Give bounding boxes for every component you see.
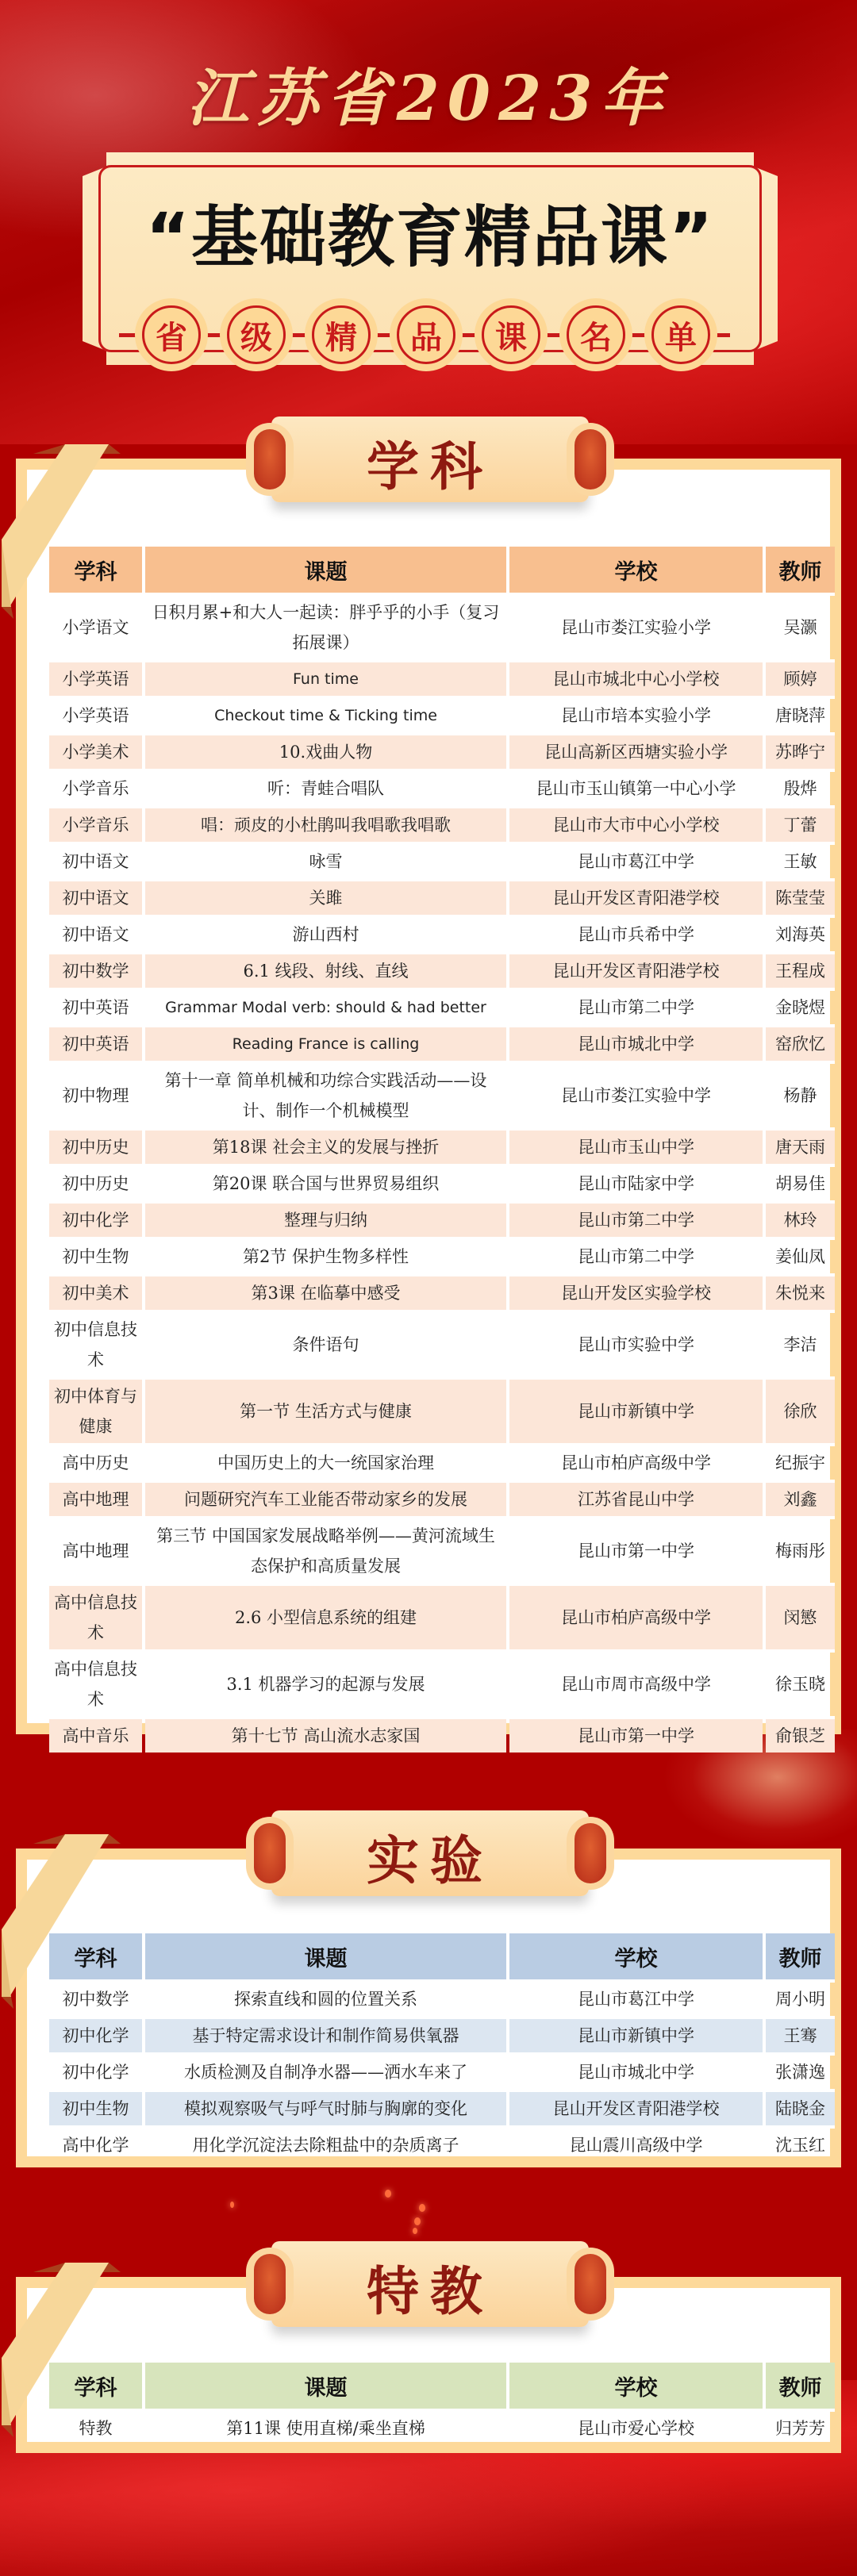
table-row: 初中语文咏雪昆山市葛江中学王敏 xyxy=(49,842,835,878)
cell-teacher: 纪振宇 xyxy=(766,1443,835,1480)
cell-teacher: 徐欣 xyxy=(766,1376,835,1443)
cell-topic: 听：青蛙合唱队 xyxy=(145,769,506,805)
table-header-row: 学科 课题 学校 教师 xyxy=(49,547,835,593)
section-title: 特教 xyxy=(271,2249,589,2325)
cell-teacher: 苏晔宁 xyxy=(766,732,835,769)
cell-topic: 3.1 机器学习的起源与发展 xyxy=(145,1649,506,1716)
experiment-table: 学科 课题 学校 教师 初中数学探索直线和圆的位置关系昆山市葛江中学周小明初中化… xyxy=(46,1933,838,2162)
cell-topic: 日积月累+和大人一起读：胖乎乎的小手（复习拓展课） xyxy=(145,593,506,659)
main-title: “基础教育精品课” xyxy=(83,184,778,280)
cell-school: 昆山市实验中学 xyxy=(509,1310,763,1376)
cell-school: 昆山市爱心学校 xyxy=(509,2409,763,2445)
year-title: 江苏省2023年 xyxy=(0,49,857,138)
cell-teacher: 朱悦来 xyxy=(766,1273,835,1310)
table-row: 初中语文游山西村昆山市兵希中学刘海英 xyxy=(49,915,835,951)
subtitle-badge: 级 xyxy=(220,298,293,371)
cell-school: 昆山市新镇中学 xyxy=(509,1376,763,1443)
cell-teacher: 殷烨 xyxy=(766,769,835,805)
subtitle-badge: 精 xyxy=(305,298,378,371)
cell-topic: 第十一章 简单机械和功综合实践活动——设计、制作一个机械模型 xyxy=(145,1061,506,1127)
badge-char: 省 xyxy=(142,305,201,364)
section-badge-special: 特教 xyxy=(238,2241,622,2333)
section-title: 学科 xyxy=(271,424,589,500)
cell-school: 昆山市第一中学 xyxy=(509,1716,763,1753)
cell-topic: 唱：顽皮的小杜鹃叫我唱歌我唱歌 xyxy=(145,805,506,842)
cell-topic: 第20课 联合国与世界贸易组织 xyxy=(145,1164,506,1200)
cell-topic: 第十七节 高山流水志家国 xyxy=(145,1716,506,1753)
cell-teacher: 刘鑫 xyxy=(766,1480,835,1516)
table-row: 初中历史第18课 社会主义的发展与挫折昆山市玉山中学唐天雨 xyxy=(49,1127,835,1164)
cell-teacher: 王敏 xyxy=(766,842,835,878)
subtitle-badge: 名 xyxy=(559,298,632,371)
cell-school: 昆山市第二中学 xyxy=(509,1200,763,1237)
table-row: 小学美术10.戏曲人物昆山高新区西塘实验小学苏晔宁 xyxy=(49,732,835,769)
spark-decoration xyxy=(413,2228,417,2234)
cell-topic: 咏雪 xyxy=(145,842,506,878)
cell-school: 昆山市培本实验小学 xyxy=(509,696,763,732)
column-header-teacher: 教师 xyxy=(766,547,835,593)
cell-topic: 中国历史上的大一统国家治理 xyxy=(145,1443,506,1480)
cell-subject: 高中化学 xyxy=(49,2125,142,2162)
table-row: 特教第11课 使用直梯/乘坐直梯昆山市爱心学校归芳芳 xyxy=(49,2409,835,2445)
table-row: 初中生物第2节 保护生物多样性昆山市第二中学姜仙凤 xyxy=(49,1237,835,1273)
cell-topic: 第18课 社会主义的发展与挫折 xyxy=(145,1127,506,1164)
cell-school: 昆山市葛江中学 xyxy=(509,842,763,878)
cell-topic: 整理与归纳 xyxy=(145,1200,506,1237)
cell-subject: 高中历史 xyxy=(49,1443,142,1480)
cell-school: 昆山市第一中学 xyxy=(509,1516,763,1583)
cell-school: 昆山市城北中学 xyxy=(509,2052,763,2089)
cell-subject: 小学美术 xyxy=(49,732,142,769)
badge-char: 品 xyxy=(397,305,455,364)
cell-teacher: 胡易佳 xyxy=(766,1164,835,1200)
cell-school: 昆山市第二中学 xyxy=(509,1237,763,1273)
cell-subject: 初中美术 xyxy=(49,1273,142,1310)
table-row: 初中化学水质检测及自制净水器——洒水车来了昆山市城北中学张潇逸 xyxy=(49,2052,835,2089)
column-header-teacher: 教师 xyxy=(766,2363,835,2409)
subject-table: 学科 课题 学校 教师 小学语文日积月累+和大人一起读：胖乎乎的小手（复习拓展课… xyxy=(46,547,838,1753)
table-row: 初中生物模拟观察吸气与呼气时肺与胸廓的变化昆山开发区青阳港学校陆晓金 xyxy=(49,2089,835,2125)
cell-teacher: 王骞 xyxy=(766,2016,835,2052)
cell-teacher: 刘海英 xyxy=(766,915,835,951)
cell-subject: 初中生物 xyxy=(49,1237,142,1273)
column-header-teacher: 教师 xyxy=(766,1933,835,1979)
table-row: 小学英语Checkout time & Ticking time昆山市培本实验小… xyxy=(49,696,835,732)
cell-topic: Checkout time & Ticking time xyxy=(145,696,506,732)
column-header-school: 学校 xyxy=(509,2363,763,2409)
subtitle-badge: 课 xyxy=(475,298,548,371)
cell-subject: 初中物理 xyxy=(49,1061,142,1127)
cell-school: 昆山开发区青阳港学校 xyxy=(509,878,763,915)
cell-subject: 初中语文 xyxy=(49,842,142,878)
cell-teacher: 唐天雨 xyxy=(766,1127,835,1164)
cell-teacher: 张潇逸 xyxy=(766,2052,835,2089)
cell-topic: 游山西村 xyxy=(145,915,506,951)
cell-teacher: 陆晓金 xyxy=(766,2089,835,2125)
cell-teacher: 顾婷 xyxy=(766,659,835,696)
cell-school: 昆山震川高级中学 xyxy=(509,2125,763,2162)
column-header-school: 学校 xyxy=(509,547,763,593)
table-row: 初中英语Grammar Modal verb: should & had bet… xyxy=(49,988,835,1024)
cell-teacher: 吴灏 xyxy=(766,593,835,659)
table-row: 小学音乐唱：顽皮的小杜鹃叫我唱歌我唱歌昆山市大市中心小学校丁蕾 xyxy=(49,805,835,842)
section-title: 实验 xyxy=(271,1818,589,1894)
cell-school: 昆山开发区青阳港学校 xyxy=(509,951,763,988)
cell-teacher: 林玲 xyxy=(766,1200,835,1237)
cell-teacher: 唐晓萍 xyxy=(766,696,835,732)
section-badge-experiment: 实验 xyxy=(238,1810,622,1902)
cell-topic: 2.6 小型信息系统的组建 xyxy=(145,1583,506,1649)
cell-topic: 模拟观察吸气与呼气时肺与胸廓的变化 xyxy=(145,2089,506,2125)
cell-teacher: 俞银芝 xyxy=(766,1716,835,1753)
cell-topic: 10.戏曲人物 xyxy=(145,732,506,769)
table-row: 初中语文关雎昆山开发区青阳港学校陈莹莹 xyxy=(49,878,835,915)
table-row: 初中美术第3课 在临摹中感受昆山开发区实验学校朱悦来 xyxy=(49,1273,835,1310)
table-row: 小学语文日积月累+和大人一起读：胖乎乎的小手（复习拓展课）昆山市娄江实验小学吴灏 xyxy=(49,593,835,659)
corner-ribbon xyxy=(2,2263,121,2453)
cell-school: 昆山市玉山中学 xyxy=(509,1127,763,1164)
cell-school: 昆山市葛江中学 xyxy=(509,1979,763,2016)
badge-char: 名 xyxy=(567,305,625,364)
cell-subject: 高中地理 xyxy=(49,1480,142,1516)
column-header-topic: 课题 xyxy=(145,547,506,593)
cell-teacher: 丁蕾 xyxy=(766,805,835,842)
cell-subject: 初中数学 xyxy=(49,951,142,988)
cell-school: 昆山市柏庐高级中学 xyxy=(509,1583,763,1649)
cell-teacher: 沈玉红 xyxy=(766,2125,835,2162)
cell-topic: 探索直线和圆的位置关系 xyxy=(145,1979,506,2016)
corner-ribbon xyxy=(2,444,121,635)
cell-school: 昆山市城北中学 xyxy=(509,1024,763,1061)
cell-subject: 初中生物 xyxy=(49,2089,142,2125)
cell-teacher: 金晓煜 xyxy=(766,988,835,1024)
cell-teacher: 归芳芳 xyxy=(766,2409,835,2445)
table-row: 初中数学探索直线和圆的位置关系昆山市葛江中学周小明 xyxy=(49,1979,835,2016)
subtitle-badge: 单 xyxy=(644,298,717,371)
badge-char: 课 xyxy=(482,305,540,364)
cell-school: 昆山市兵希中学 xyxy=(509,915,763,951)
cell-school: 昆山市第二中学 xyxy=(509,988,763,1024)
cell-teacher: 梅雨彤 xyxy=(766,1516,835,1583)
table-row: 初中物理第十一章 简单机械和功综合实践活动——设计、制作一个机械模型昆山市娄江实… xyxy=(49,1061,835,1127)
cell-topic: 用化学沉淀法去除粗盐中的杂质离子 xyxy=(145,2125,506,2162)
cell-subject: 初中历史 xyxy=(49,1127,142,1164)
subtitle-badge: 省 xyxy=(135,298,208,371)
cell-topic: 第一节 生活方式与健康 xyxy=(145,1376,506,1443)
spark-decoration xyxy=(419,2204,425,2212)
cell-teacher: 李洁 xyxy=(766,1310,835,1376)
cell-school: 江苏省昆山中学 xyxy=(509,1480,763,1516)
table-row: 初中体育与健康第一节 生活方式与健康昆山市新镇中学徐欣 xyxy=(49,1376,835,1443)
table-row: 高中信息技术3.1 机器学习的起源与发展昆山市周市高级中学徐玉晓 xyxy=(49,1649,835,1716)
table-row: 初中化学基于特定需求设计和制作简易供氧器昆山市新镇中学王骞 xyxy=(49,2016,835,2052)
cell-school: 昆山开发区实验学校 xyxy=(509,1273,763,1310)
table-header-row: 学科 课题 学校 教师 xyxy=(49,1933,835,1979)
cell-teacher: 陈莹莹 xyxy=(766,878,835,915)
cell-subject: 高中音乐 xyxy=(49,1716,142,1753)
corner-ribbon xyxy=(2,1834,121,2025)
cell-subject: 小学英语 xyxy=(49,696,142,732)
cell-school: 昆山市周市高级中学 xyxy=(509,1649,763,1716)
table-row: 高中信息技术2.6 小型信息系统的组建昆山市柏庐高级中学闵慜 xyxy=(49,1583,835,1649)
cell-school: 昆山市娄江实验小学 xyxy=(509,593,763,659)
table-header-row: 学科 课题 学校 教师 xyxy=(49,2363,835,2409)
cell-topic: 问题研究汽车工业能否带动家乡的发展 xyxy=(145,1480,506,1516)
column-header-topic: 课题 xyxy=(145,1933,506,1979)
table-row: 高中化学用化学沉淀法去除粗盐中的杂质离子昆山震川高级中学沈玉红 xyxy=(49,2125,835,2162)
cell-teacher: 王程成 xyxy=(766,951,835,988)
cell-topic: 水质检测及自制净水器——洒水车来了 xyxy=(145,2052,506,2089)
table-row: 初中英语Reading France is calling昆山市城北中学窑欣忆 xyxy=(49,1024,835,1061)
cell-subject: 初中信息技术 xyxy=(49,1310,142,1376)
table-row: 小学音乐听：青蛙合唱队昆山市玉山镇第一中心小学殷烨 xyxy=(49,769,835,805)
table-row: 初中化学整理与归纳昆山市第二中学林玲 xyxy=(49,1200,835,1237)
cell-subject: 小学英语 xyxy=(49,659,142,696)
cell-teacher: 姜仙凤 xyxy=(766,1237,835,1273)
spark-decoration xyxy=(230,2202,234,2208)
spark-decoration xyxy=(414,2217,421,2225)
cell-teacher: 闵慜 xyxy=(766,1583,835,1649)
cell-topic: 关雎 xyxy=(145,878,506,915)
cell-school: 昆山市城北中心小学校 xyxy=(509,659,763,696)
cell-subject: 初中语文 xyxy=(49,878,142,915)
cell-subject: 高中信息技术 xyxy=(49,1583,142,1649)
cell-teacher: 周小明 xyxy=(766,1979,835,2016)
table-row: 初中数学6.1 线段、射线、直线昆山开发区青阳港学校王程成 xyxy=(49,951,835,988)
badge-char: 级 xyxy=(227,305,286,364)
cell-school: 昆山市娄江实验中学 xyxy=(509,1061,763,1127)
cell-school: 昆山市新镇中学 xyxy=(509,2016,763,2052)
cell-school: 昆山市大市中心小学校 xyxy=(509,805,763,842)
cell-school: 昆山开发区青阳港学校 xyxy=(509,2089,763,2125)
cell-subject: 初中化学 xyxy=(49,1200,142,1237)
cell-school: 昆山市柏庐高级中学 xyxy=(509,1443,763,1480)
table-row: 小学英语Fun time昆山市城北中心小学校顾婷 xyxy=(49,659,835,696)
column-header-topic: 课题 xyxy=(145,2363,506,2409)
table-row: 高中音乐第十七节 高山流水志家国昆山市第一中学俞银芝 xyxy=(49,1716,835,1753)
cell-topic: Grammar Modal verb: should & had better xyxy=(145,988,506,1024)
badge-char: 单 xyxy=(651,305,710,364)
cell-subject: 初中语文 xyxy=(49,915,142,951)
cell-topic: 条件语句 xyxy=(145,1310,506,1376)
cell-subject: 初中化学 xyxy=(49,2052,142,2089)
cell-topic: 第3课 在临摹中感受 xyxy=(145,1273,506,1310)
cell-school: 昆山市玉山镇第一中心小学 xyxy=(509,769,763,805)
cell-topic: 基于特定需求设计和制作简易供氧器 xyxy=(145,2016,506,2052)
card-inner: 学科 课题 学校 教师 初中数学探索直线和圆的位置关系昆山市葛江中学周小明初中化… xyxy=(27,1860,830,2156)
cell-teacher: 窑欣忆 xyxy=(766,1024,835,1061)
badge-char: 精 xyxy=(312,305,371,364)
column-header-school: 学校 xyxy=(509,1933,763,1979)
table-row: 初中历史第20课 联合国与世界贸易组织昆山市陆家中学胡易佳 xyxy=(49,1164,835,1200)
cell-topic: 第2节 保护生物多样性 xyxy=(145,1237,506,1273)
cell-topic: 第三节 中国国家发展战略举例——黄河流域生态保护和高质量发展 xyxy=(145,1516,506,1583)
subtitle-badges: 省 级 精 品 课 名 单 xyxy=(0,290,857,378)
table-row: 高中历史中国历史上的大一统国家治理昆山市柏庐高级中学纪振宇 xyxy=(49,1443,835,1480)
cell-teacher: 杨静 xyxy=(766,1061,835,1127)
special-table: 学科 课题 学校 教师 特教第11课 使用直梯/乘坐直梯昆山市爱心学校归芳芳 xyxy=(46,2363,838,2445)
cell-subject: 高中地理 xyxy=(49,1516,142,1583)
table-row: 初中信息技术条件语句昆山市实验中学李洁 xyxy=(49,1310,835,1376)
section-card-subject: 学科 课题 学校 教师 小学语文日积月累+和大人一起读：胖乎乎的小手（复习拓展课… xyxy=(16,459,841,1734)
cell-subject: 高中信息技术 xyxy=(49,1649,142,1716)
spark-decoration xyxy=(385,2190,391,2198)
cell-teacher: 徐玉晓 xyxy=(766,1649,835,1716)
cell-subject: 小学音乐 xyxy=(49,769,142,805)
cell-topic: Fun time xyxy=(145,659,506,696)
cell-topic: 6.1 线段、射线、直线 xyxy=(145,951,506,988)
cell-subject: 初中历史 xyxy=(49,1164,142,1200)
cell-subject: 初中体育与健康 xyxy=(49,1376,142,1443)
subtitle-badge: 品 xyxy=(390,298,463,371)
card-inner: 学科 课题 学校 教师 小学语文日积月累+和大人一起读：胖乎乎的小手（复习拓展课… xyxy=(27,470,830,1723)
cell-topic: 第11课 使用直梯/乘坐直梯 xyxy=(145,2409,506,2445)
cell-subject: 初中英语 xyxy=(49,1024,142,1061)
table-row: 高中地理第三节 中国国家发展战略举例——黄河流域生态保护和高质量发展昆山市第一中… xyxy=(49,1516,835,1583)
section-badge-subject: 学科 xyxy=(238,417,622,509)
cell-school: 昆山市陆家中学 xyxy=(509,1164,763,1200)
cell-subject: 小学音乐 xyxy=(49,805,142,842)
cell-topic: Reading France is calling xyxy=(145,1024,506,1061)
cell-subject: 初中英语 xyxy=(49,988,142,1024)
cell-school: 昆山高新区西塘实验小学 xyxy=(509,732,763,769)
table-row: 高中地理问题研究汽车工业能否带动家乡的发展江苏省昆山中学刘鑫 xyxy=(49,1480,835,1516)
